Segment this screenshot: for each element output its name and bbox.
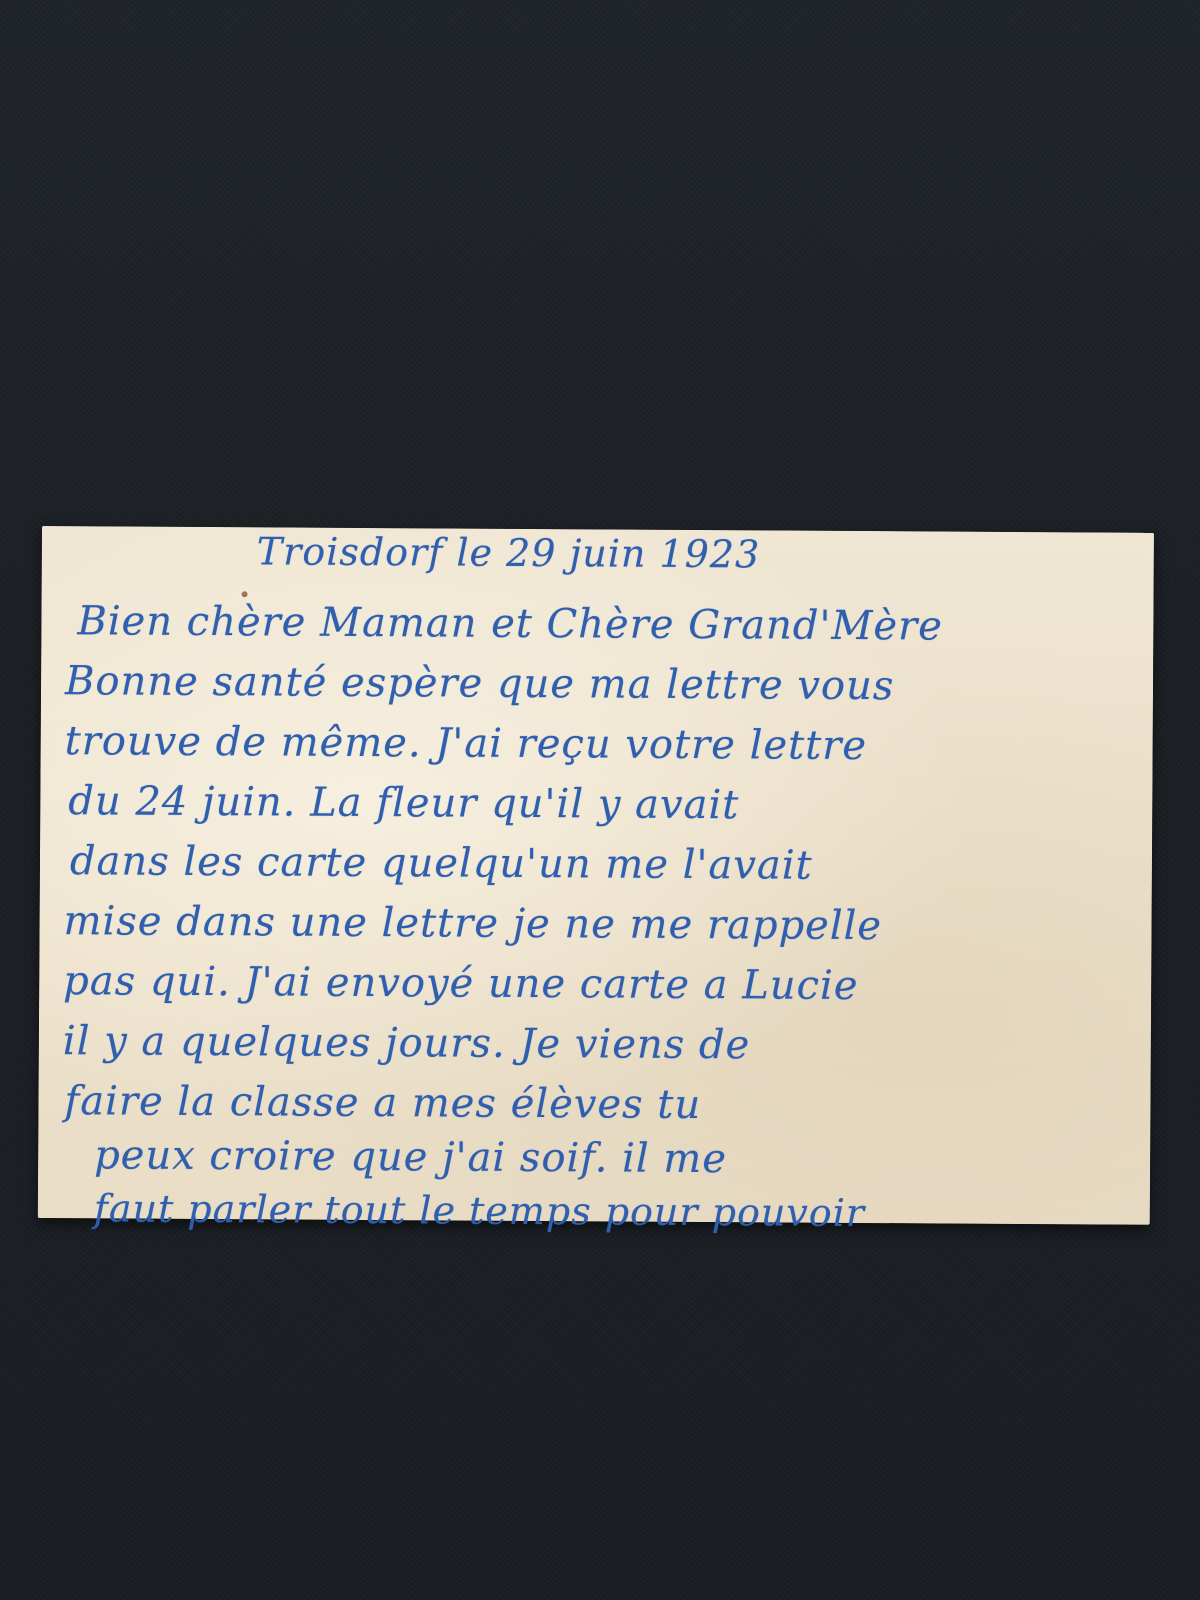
- letter-line: pas qui. J'ai envoyé une carte a Lucie: [63, 958, 859, 1009]
- paper-stain: [242, 591, 248, 597]
- letter-line: il y a quelques jours. Je viens de: [63, 1018, 751, 1068]
- postcard: Troisdorf le 29 juin 1923 Bien chère Mam…: [38, 526, 1154, 1225]
- letter-line: du 24 juin. La fleur qu'il y avait: [68, 778, 739, 828]
- letter-line: trouve de même. J'ai reçu votre lettre: [65, 718, 868, 769]
- dark-textured-surface: Troisdorf le 29 juin 1923 Bien chère Mam…: [0, 0, 1200, 1600]
- letter-line: faut parler tout le temps pour pouvoir: [94, 1186, 865, 1235]
- letter-line-greeting: Bien chère Maman et Chère Grand'Mère: [77, 598, 943, 649]
- letter-line: dans les carte quelqu'un me l'avait: [70, 838, 813, 889]
- letter-line: peux croire que j'ai soif. il me: [94, 1132, 727, 1182]
- dateline: Troisdorf le 29 juin 1923: [257, 529, 761, 576]
- letter-line: Bonne santé espère que ma lettre vous: [65, 658, 895, 709]
- letter-line: mise dans une lettre je ne me rappelle: [63, 898, 882, 949]
- letter-line: faire la classe a mes élèves tu: [64, 1078, 701, 1128]
